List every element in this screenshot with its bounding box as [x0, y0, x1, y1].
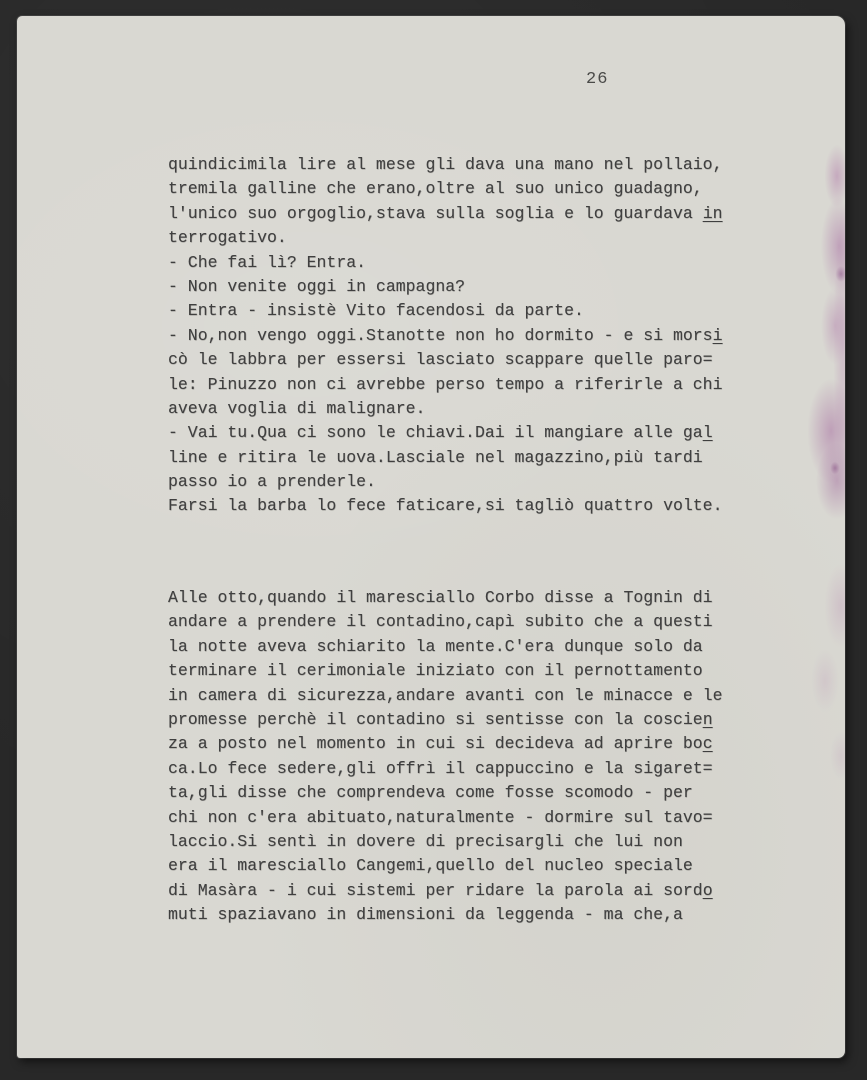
text-line: era il maresciallo Cangemi,quello del nu… — [168, 854, 758, 878]
text-line: andare a prendere il contadino,capì subi… — [168, 610, 758, 634]
text-line: in camera di sicurezza,andare avanti con… — [168, 684, 758, 708]
text-line: Alle otto,quando il maresciallo Corbo di… — [168, 586, 758, 610]
text-line: - No,non vengo oggi.Stanotte non ho dorm… — [168, 324, 758, 348]
page-number: 26 — [586, 70, 608, 89]
text-line: Farsi la barba lo fece faticare,si tagli… — [168, 494, 758, 518]
text-line: za a posto nel momento in cui si decidev… — [168, 732, 758, 756]
text-line: - Entra - insistè Vito facendosi da part… — [168, 299, 758, 323]
text-line: cò le labbra per essersi lasciato scappa… — [168, 348, 758, 372]
text-line: terminare il cerimoniale iniziato con il… — [168, 659, 758, 683]
text-line: quindicimila lire al mese gli dava una m… — [168, 153, 758, 177]
text-line: promesse perchè il contadino si sentisse… — [168, 708, 758, 732]
text-line: ta,gli disse che comprendeva come fosse … — [168, 781, 758, 805]
text-line: terrogativo. — [168, 226, 758, 250]
text-line: - Non venite oggi in campagna? — [168, 275, 758, 299]
photo-backdrop: 26 quindicimila lire al mese gli dava un… — [0, 0, 867, 1080]
typescript-text-block-1: quindicimila lire al mese gli dava una m… — [168, 153, 758, 519]
text-line: passo io a prenderle. — [168, 470, 758, 494]
text-line: - Che fai lì? Entra. — [168, 251, 758, 275]
typescript-page: 26 quindicimila lire al mese gli dava un… — [17, 16, 845, 1058]
text-line: le: Pinuzzo non ci avrebbe perso tempo a… — [168, 373, 758, 397]
text-line: line e ritira le uova.Lasciale nel magaz… — [168, 446, 758, 470]
text-line: chi non c'era abituato,naturalmente - do… — [168, 806, 758, 830]
ink-stain-decoration — [755, 16, 845, 1058]
text-line: di Masàra - i cui sistemi per ridare la … — [168, 879, 758, 903]
text-line: aveva voglia di malignare. — [168, 397, 758, 421]
text-line: ca.Lo fece sedere,gli offrì il cappuccin… — [168, 757, 758, 781]
typescript-text-block-2: Alle otto,quando il maresciallo Corbo di… — [168, 586, 758, 927]
text-line: l'unico suo orgoglio,stava sulla soglia … — [168, 202, 758, 226]
text-line: la notte aveva schiarito la mente.C'era … — [168, 635, 758, 659]
text-line: laccio.Si sentì in dovere di precisargli… — [168, 830, 758, 854]
text-line: - Vai tu.Qua ci sono le chiavi.Dai il ma… — [168, 421, 758, 445]
text-line: muti spaziavano in dimensioni da leggend… — [168, 903, 758, 927]
text-line: tremila galline che erano,oltre al suo u… — [168, 177, 758, 201]
